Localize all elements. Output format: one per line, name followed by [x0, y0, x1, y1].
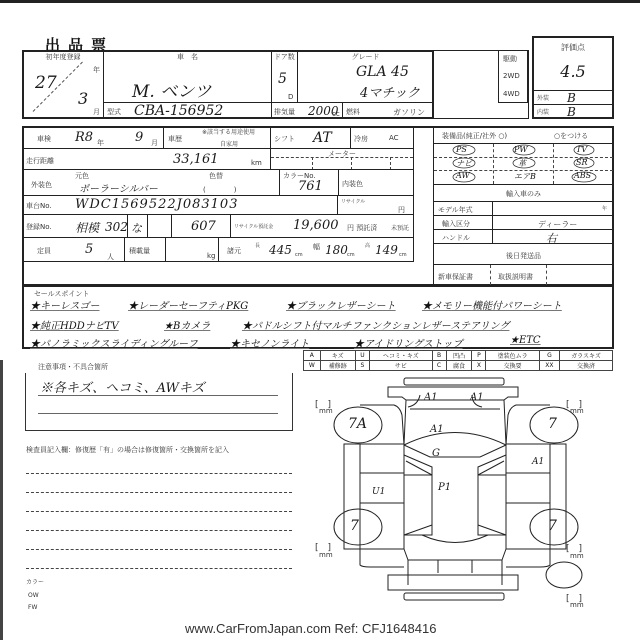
sales-point: ★アイドリングストップ	[354, 335, 463, 350]
ac: AC	[389, 134, 399, 142]
length-unit: cm	[295, 252, 303, 258]
recycle-fee: 19,600	[293, 218, 339, 233]
load-divider	[165, 238, 166, 261]
length-label: 長	[255, 242, 260, 249]
legend-code: XX	[539, 361, 559, 371]
legend-code: U	[355, 351, 369, 361]
legend-desc: ヘコミ・キズ	[370, 351, 432, 361]
color-label: カラー	[26, 577, 44, 586]
history-note: ※該当する用途使用	[202, 127, 255, 136]
inspection-cell: 車検 R8 年 9 月	[22, 126, 164, 149]
reg-area: 相模	[75, 219, 99, 236]
exterior-score-label: 外装	[537, 93, 549, 102]
legend-code: S	[355, 361, 369, 371]
width-unit: cm	[347, 252, 355, 258]
recycle-fee-cell: リサイクル預託金 19,600 円 預託済 未預託	[230, 214, 414, 238]
recycle-cell: リサイクル 円	[337, 195, 414, 215]
legend-code: C	[432, 361, 446, 371]
reg-no-cell: 登録No. 相模 302 な 607	[22, 214, 231, 238]
mileage-label: 走行距離	[26, 156, 54, 166]
exterior-color-cell: 外装色 元色 色替 ポーラーシルバー ( )	[22, 169, 280, 196]
capacity-label: 定員	[37, 246, 51, 256]
model-year-divider	[492, 202, 493, 215]
inspector-line	[26, 568, 292, 569]
grade-line2: 4マチック	[360, 82, 420, 101]
equipment-title: 装備品(純正/社外 ○)	[442, 131, 507, 141]
sales-point: ★レーダーセーフティPKG	[128, 297, 248, 312]
interior-score-cell: 内装 B	[532, 104, 614, 119]
mark-roof: P1	[438, 482, 451, 493]
chassis-label: 車台No.	[26, 201, 52, 211]
first-reg-cell: 初年度登録 年 27 3 月	[22, 50, 104, 119]
color-no-cell: カラーNo. 761	[279, 169, 339, 196]
overall-score: 4.5	[534, 62, 612, 81]
mark-windshield: G	[432, 448, 440, 459]
exterior-color-label: 外装色	[31, 180, 52, 190]
displacement-label: 排気量	[274, 107, 295, 117]
manual-label: 取扱説明書	[498, 272, 533, 282]
meter-divider	[271, 157, 413, 158]
warranty-label: 新車保証書	[438, 272, 473, 282]
inspection-value: R8	[75, 130, 93, 145]
doors-unit: D	[288, 93, 293, 101]
legend-code: A	[304, 351, 321, 361]
tire-depth-unit: mm	[319, 551, 333, 559]
tire-front-right: 7	[548, 416, 557, 432]
legend-desc: 腐食	[446, 361, 472, 371]
tire-rear-left: 7	[350, 518, 359, 534]
history-value: 自家用	[220, 139, 238, 148]
scan-edge-top	[0, 0, 640, 3]
tire-depth-unit: mm	[319, 407, 333, 415]
color-change-label: 色替	[209, 171, 223, 181]
reg-class: 302	[105, 220, 128, 234]
capacity: 5	[85, 242, 93, 257]
unpaid-label: 未預託	[391, 223, 409, 232]
tire-depth-unit: mm	[570, 407, 584, 415]
legend-code: P	[472, 351, 486, 361]
length: 445	[269, 243, 292, 257]
tire-depth-unit: mm	[570, 601, 584, 609]
score-label: 評価点	[534, 42, 612, 53]
legend-code: G	[539, 351, 559, 361]
height-unit: cm	[399, 252, 407, 258]
model-code-cell: 型式 CBA-156952	[103, 102, 272, 119]
model-year-label: モデル年式	[438, 205, 473, 215]
load-unit: kg	[207, 252, 216, 260]
chassis-cell: 車台No. WDC1569522J083103	[22, 195, 338, 215]
mileage: 33,161	[173, 152, 219, 167]
width-label: 幅	[313, 242, 320, 252]
load-label: 積載量	[129, 246, 150, 256]
inspector-line	[26, 492, 292, 493]
interior-score-label: 内装	[537, 107, 549, 116]
import-type-cell: 輸入区分 ディーラー	[433, 215, 614, 230]
height: 149	[375, 243, 398, 257]
legend-desc: 凹凸	[446, 351, 472, 361]
sales-point: ★パノラミックスライディングルーフ	[30, 335, 198, 350]
fuel: ガソリン	[393, 107, 425, 118]
legend-code: W	[304, 361, 321, 371]
damage-legend: Aキズ Uヘコミ・キズ B凹凸 P塗装色ムラ Gガラスキズ W補修跡 Sサビ C…	[303, 350, 613, 371]
car-name-cell: 車 名 M. ベンツ	[103, 50, 272, 103]
legend-desc: 補修跡	[320, 361, 355, 371]
ac-cell: 冷房 AC	[350, 126, 414, 149]
later-items-label: 後日発送品	[434, 251, 613, 261]
year-unit: 年	[93, 65, 100, 75]
car-name: M. ベンツ	[132, 77, 211, 102]
inspection-year-unit: 年	[97, 138, 104, 148]
capacity-cell: 定員 5 人	[22, 237, 125, 262]
sales-point: ★純正HDDナビTV	[30, 317, 119, 332]
grade-label: グレード	[298, 52, 433, 62]
tire-front-left: 7A	[348, 416, 367, 432]
legend-desc: 塗装色ムラ	[486, 351, 539, 361]
height-label: 高	[365, 242, 370, 249]
documents-cell: 新車保証書 取扱説明書	[433, 264, 614, 286]
documents-divider	[546, 265, 547, 285]
legend-row: Aキズ Uヘコミ・キズ B凹凸 P塗装色ムラ Gガラスキズ	[304, 351, 613, 361]
sales-point: ★キセノンライト	[230, 335, 309, 350]
equipment-circles	[434, 144, 615, 186]
interior-score: B	[567, 105, 576, 119]
shift-cell: シフト AT	[270, 126, 351, 149]
ow-label: OW	[28, 592, 39, 599]
handle-cell: ハンドル 右	[433, 229, 614, 244]
sales-points-box: セールスポイント ★キーレスゴー ★レーダーセーフティPKG ★ブラックレザーシ…	[22, 285, 614, 349]
legend-code: B	[432, 351, 446, 361]
legend-desc: 交換要	[486, 361, 539, 371]
legend-row: W補修跡 Sサビ C腐食 X交換要 XX交換済	[304, 361, 613, 371]
model-label: 型式	[107, 107, 121, 117]
meter-cell: メーター	[270, 148, 414, 170]
inspection-month-unit: 月	[151, 138, 158, 148]
equipment-title-cell: 装備品(純正/社外 ○) ○をつける	[433, 126, 614, 144]
inspector-line	[26, 530, 292, 531]
reg-divider	[147, 215, 148, 237]
tire-rear-right: 7	[548, 518, 557, 534]
inspection-month: 9	[135, 130, 143, 145]
notes-box: ※各キズ、ヘコミ、AWキズ	[25, 373, 293, 431]
recycle-label: リサイクル	[341, 198, 365, 205]
notes-line	[38, 413, 278, 414]
legend-desc: 交換済	[559, 361, 612, 371]
scan-edge-left	[0, 360, 3, 640]
mark-front-right: A1	[470, 392, 484, 403]
history-label: 車歴	[168, 134, 182, 144]
mileage-cell: 走行距離 33,161 km	[22, 148, 271, 170]
fuel-cell: 燃料 ガソリン	[342, 102, 434, 119]
exterior-score: B	[567, 91, 576, 105]
reg-divider	[171, 215, 172, 237]
first-reg-label: 初年度登録	[23, 52, 103, 62]
interior-color-cell: 内装色	[338, 169, 414, 196]
inspection-label: 車検	[37, 134, 51, 144]
color-no: 761	[298, 179, 323, 194]
equipment-title-right: ○をつける	[554, 131, 588, 141]
mark-right-fender: A1	[532, 457, 544, 467]
reg-number: 607	[191, 219, 216, 234]
car-diagram	[300, 375, 640, 610]
fw-label: FW	[28, 604, 37, 611]
sales-point: ★ETC	[510, 335, 541, 346]
later-items-cell: 後日発送品	[433, 243, 614, 265]
fuel-label: 燃料	[346, 107, 360, 117]
legend-desc: ガラスキズ	[559, 351, 612, 361]
model-code: CBA-156952	[134, 103, 223, 119]
header-right-line	[433, 50, 529, 119]
doors: 5	[278, 71, 287, 87]
tire-depth-unit: mm	[570, 552, 584, 560]
first-reg-month: 3	[78, 89, 88, 108]
load-cell: 積載量 kg	[124, 237, 219, 262]
sales-point: ★Bカメラ	[164, 317, 210, 332]
notes-text: ※各キズ、ヘコミ、AWキズ	[40, 377, 205, 396]
displacement-cell: 排気量 2000 cc	[271, 102, 343, 119]
reg-no-label: 登録No.	[26, 222, 52, 232]
exterior-color: ポーラーシルバー	[79, 180, 158, 195]
chassis-no: WDC1569522J083103	[75, 197, 238, 212]
first-reg-year: 27	[35, 73, 57, 93]
inspector-line	[26, 473, 292, 474]
inspector-line	[26, 549, 292, 550]
history-cell: 車歴 ※該当する用途使用 自家用	[163, 126, 271, 149]
model-year-unit: 年	[602, 205, 607, 212]
import-type-divider	[492, 216, 493, 229]
import-only-label: 輸入車のみ	[434, 189, 613, 199]
legend-desc: サビ	[370, 361, 432, 371]
capacity-unit: 人	[107, 252, 114, 262]
mark-left-door: U1	[372, 487, 385, 497]
recycle-fee-label: リサイクル預託金	[234, 223, 273, 230]
recycle-fee-unit: 円 預託済	[347, 223, 377, 233]
sales-point: ★パドルシフト付マルチファンクションレザーステアリング	[242, 317, 509, 332]
handle-label: ハンドル	[442, 233, 470, 243]
mark-hood: A1	[430, 424, 444, 435]
notes-line	[38, 395, 278, 396]
sales-point: ★キーレスゴー	[30, 297, 100, 312]
shift: AT	[313, 130, 332, 146]
displacement-unit: cc	[332, 110, 340, 118]
color-paren: ( )	[203, 185, 236, 195]
month-unit: 月	[93, 107, 100, 117]
watermark: www.CarFromJapan.com Ref: CFJ1648416	[185, 621, 436, 636]
dims-label: 諸元	[227, 246, 241, 256]
inspector-label: 検査員記入欄：修復歴「有」の場合は修復箇所・交換箇所を記入	[26, 445, 229, 455]
notes-label: 注意事項・不具合箇所	[38, 362, 108, 372]
reg-kana: な	[131, 220, 142, 236]
grade-cell: グレード GLA 45 4マチック	[297, 50, 434, 103]
legend-desc: キズ	[320, 351, 355, 361]
sales-point: ★メモリー機能付パワーシート	[422, 297, 562, 312]
sales-point: ★ブラックレザーシート	[286, 297, 396, 312]
inspector-line	[26, 511, 292, 512]
car-name-label: 車 名	[104, 52, 271, 62]
doors-label: ドア数	[274, 52, 295, 62]
legend-code: X	[472, 361, 486, 371]
mileage-unit: km	[251, 159, 262, 167]
shift-label: シフト	[274, 134, 295, 144]
documents-divider	[490, 265, 491, 285]
interior-color-label: 内装色	[342, 179, 363, 189]
exterior-score-cell: 外装 B	[532, 90, 614, 105]
mark-front-left: A1	[424, 392, 438, 403]
equipment-grid: PS PW TV ナビ 革 SR AW エアB ABS	[433, 143, 614, 185]
doors-cell: ドア数 5 D	[271, 50, 298, 103]
model-year-cell: モデル年式 年	[433, 201, 614, 216]
ac-label: 冷房	[354, 134, 368, 144]
import-only-cell: 輸入車のみ	[433, 184, 614, 202]
handle-divider	[492, 230, 493, 243]
grade-line1: GLA 45	[356, 64, 409, 80]
import-type-label: 輸入区分	[442, 219, 470, 229]
width: 180	[325, 243, 348, 257]
dims-cell: 諸元 長 445 cm 幅 180 cm 高 149 cm	[218, 237, 414, 262]
